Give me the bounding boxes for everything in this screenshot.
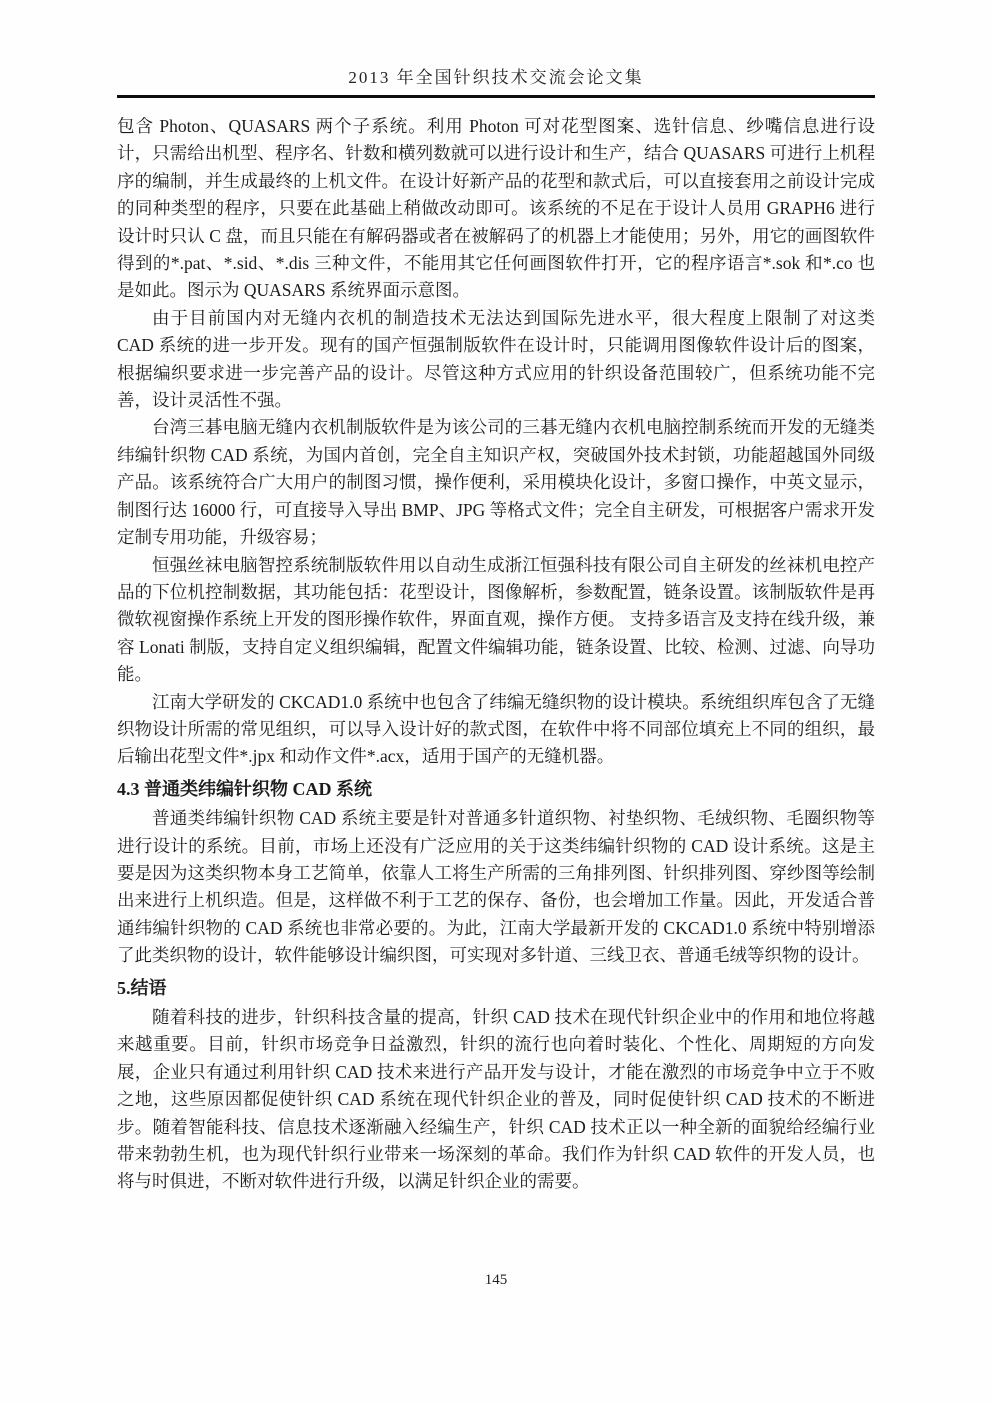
section-heading-4-3: 4.3 普通类纬编针织物 CAD 系统 [117, 776, 875, 803]
paragraph-hengqiang-hosiery-software: 恒强丝袜电脑智控系统制版软件用以自动生成浙江恒强科技有限公司自主研发的丝袜机电控… [117, 552, 875, 689]
paragraph-ordinary-weft-knit-cad: 普通类纬编针织物 CAD 系统主要是针对普通多针道织物、衬垫织物、毛绒织物、毛圈… [117, 805, 875, 969]
paragraph-taiwan-sanqi-software: 台湾三碁电脑无缝内衣机制版软件是为该公司的三碁无缝内衣机电脑控制系统而开发的无缝… [117, 414, 875, 551]
document-page: 2013 年全国针织技术交流会论文集 包含 Photon、QUASARS 两个子… [0, 0, 992, 1403]
page-header-title: 2013 年全国针织技术交流会论文集 [0, 63, 992, 88]
section-heading-5-conclusion: 5.结语 [117, 975, 875, 1002]
header-rule [117, 95, 875, 98]
document-body: 包含 Photon、QUASARS 两个子系统。利用 Photon 可对花型图案… [117, 113, 875, 1196]
page-number: 145 [0, 1272, 992, 1289]
paragraph-photon-quasars: 包含 Photon、QUASARS 两个子系统。利用 Photon 可对花型图案… [117, 113, 875, 305]
paragraph-conclusion: 随着科技的进步，针织科技含量的提高，针织 CAD 技术在现代针织企业中的作用和地… [117, 1004, 875, 1196]
paragraph-seamless-limitations: 由于目前国内对无缝内衣机的制造技术无法达到国际先进水平，很大程度上限制了对这类 … [117, 305, 875, 415]
paragraph-jiangnan-ckcad: 江南大学研发的 CKCAD1.0 系统中也包含了纬编无缝织物的设计模块。系统组织… [117, 689, 875, 771]
